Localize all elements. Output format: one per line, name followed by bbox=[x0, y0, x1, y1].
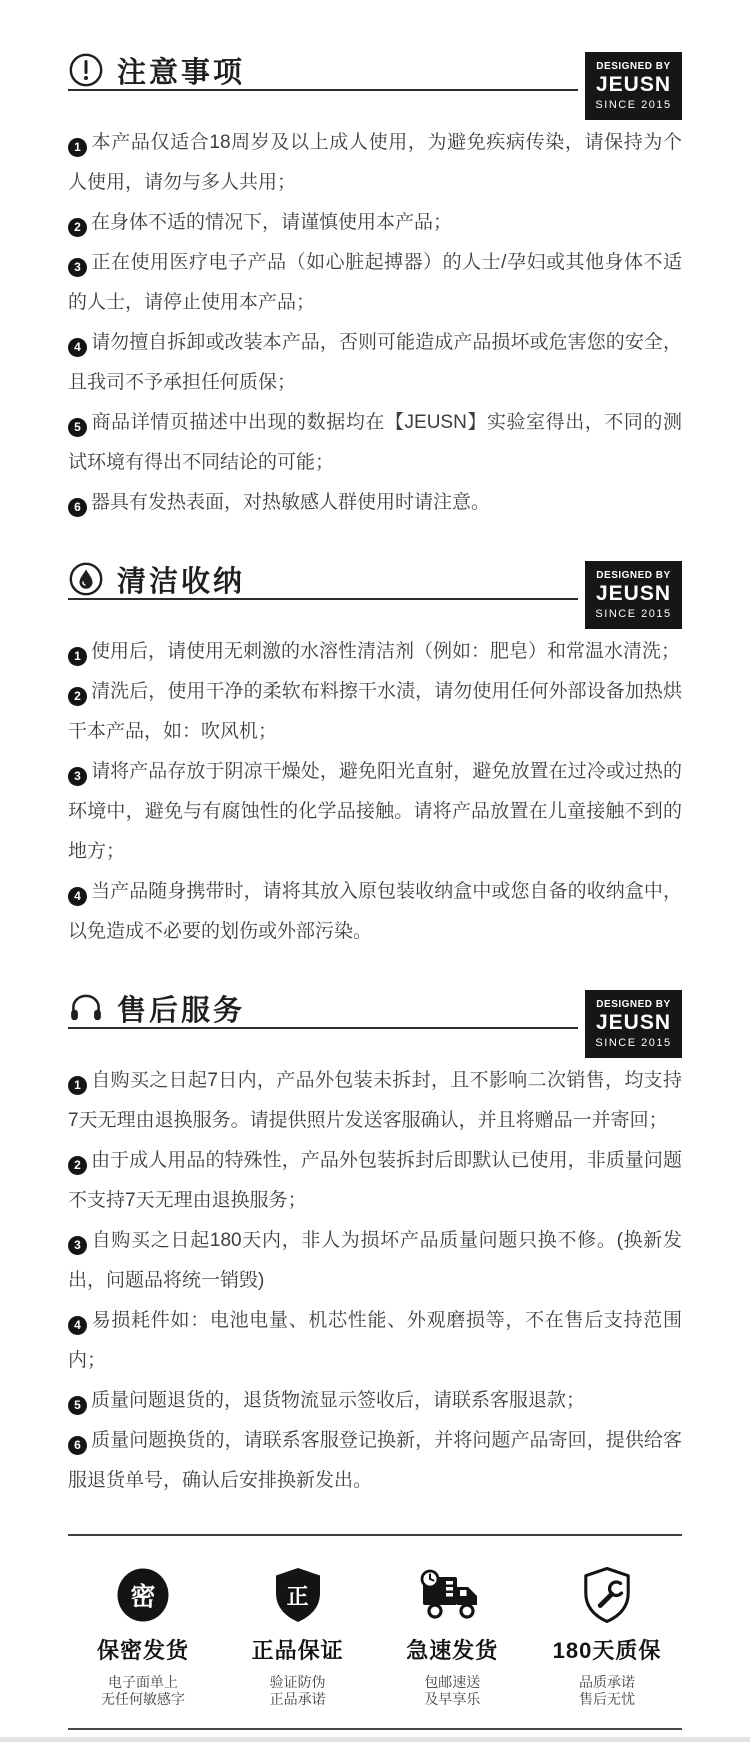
item-text: 质量问题换货的，请联系客服登记换新，并将问题产品寄回，提供给客服退货单号，确认后… bbox=[68, 1430, 682, 1491]
next-section-edge bbox=[0, 1737, 750, 1742]
item-text: 质量问题退货的，退货物流显示签收后，请联系客服退款； bbox=[91, 1390, 585, 1411]
list-item: 3请将产品存放于阴凉干燥处，避免阳光直射，避免放置在过冷或过热的环境中，避免与有… bbox=[68, 752, 682, 872]
designed-by-badge: DESIGNED BY JEUSN SINCE 2015 bbox=[585, 561, 682, 629]
designed-by-badge: DESIGNED BY JEUSN SINCE 2015 bbox=[585, 52, 682, 120]
badge-line2: JEUSN bbox=[596, 1011, 671, 1035]
section-cleaning: 清洁收纳 DESIGNED BY JEUSN SINCE 2015 1使用后，请… bbox=[68, 559, 682, 952]
item-marker: 6 bbox=[68, 1436, 87, 1455]
list-item: 4易损耗件如：电池电量、机芯性能、外观磨损等，不在售后支持范围内； bbox=[68, 1301, 682, 1381]
list-item: 1使用后，请使用无刺激的水溶性清洁剂（例如：肥皂）和常温水清洗； bbox=[68, 632, 682, 672]
item-text: 使用后，请使用无刺激的水溶性清洁剂（例如：肥皂）和常温水清洗； bbox=[91, 641, 680, 662]
page-content: 注意事项 DESIGNED BY JEUSN SINCE 2015 1本产品仅适… bbox=[0, 0, 750, 1730]
divider bbox=[68, 1728, 682, 1730]
item-marker: 2 bbox=[68, 1156, 87, 1175]
list-item: 6器具有发热表面，对热敏感人群使用时请注意。 bbox=[68, 483, 682, 523]
item-text: 易损耗件如：电池电量、机芯性能、外观磨损等，不在售后支持范围内； bbox=[68, 1310, 682, 1371]
feature-subtext: 验证防伪 正品承诺 bbox=[270, 1674, 326, 1708]
item-marker: 2 bbox=[68, 687, 87, 706]
feature-title: 保密发货 bbox=[97, 1634, 189, 1665]
item-text: 当产品随身携带时，请将其放入原包装收纳盒中或您自备的收纳盒中，以免造成不必要的划… bbox=[68, 881, 682, 942]
feature-subline: 验证防伪 bbox=[270, 1674, 326, 1691]
list-item: 2由于成人用品的特殊性，产品外包装拆封后即默认已使用，非质量问题不支持7天无理由… bbox=[68, 1141, 682, 1221]
list-item: 4请勿擅自拆卸或改装本产品，否则可能造成产品损坏或危害您的安全，且我司不予承担任… bbox=[68, 323, 682, 403]
section-after-sales-list: 1自购买之日起7日内，产品外包装未拆封，且不影响二次销售，均支持7天无理由退换服… bbox=[68, 1061, 682, 1501]
item-marker: 4 bbox=[68, 887, 87, 906]
section-notice-header: 注意事项 DESIGNED BY JEUSN SINCE 2015 bbox=[68, 50, 682, 120]
feature-icon-glyph: 密 bbox=[108, 1568, 178, 1622]
item-marker: 1 bbox=[68, 1076, 87, 1095]
item-marker: 1 bbox=[68, 647, 87, 666]
water-drop-icon bbox=[68, 561, 104, 597]
item-text: 自购买之日起7日内，产品外包装未拆封，且不影响二次销售，均支持7天无理由退换服务… bbox=[68, 1070, 682, 1131]
feature-subline: 包邮速送 bbox=[424, 1674, 480, 1691]
feature-row: 密 保密发货 电子面单上 无任何敏感字 正 正品保证 验证防伪 正品承诺 bbox=[68, 1568, 682, 1708]
item-marker: 6 bbox=[68, 498, 87, 517]
list-item: 2清洗后，使用干净的柔软布料擦干水渍，请勿使用任何外部设备加热烘干本产品，如：吹… bbox=[68, 672, 682, 752]
list-item: 3正在使用医疗电子产品（如心脏起搏器）的人士/孕妇或其他身体不适的人士，请停止使… bbox=[68, 243, 682, 323]
item-marker: 5 bbox=[68, 1396, 87, 1415]
item-text: 请勿擅自拆卸或改装本产品，否则可能造成产品损坏或危害您的安全，且我司不予承担任何… bbox=[68, 332, 682, 393]
section-after-sales: 售后服务 DESIGNED BY JEUSN SINCE 2015 1自购买之日… bbox=[68, 988, 682, 1501]
feature-authenticity: 正 正品保证 验证防伪 正品承诺 bbox=[223, 1568, 373, 1708]
feature-subline: 品质承诺 bbox=[579, 1674, 635, 1691]
item-text: 自购买之日起180天内，非人为损坏产品质量问题只换不修。(换新发出，问题品将统一… bbox=[68, 1230, 682, 1291]
feature-subline: 无任何敏感字 bbox=[101, 1691, 185, 1708]
feature-warranty: 180天质保 品质承诺 售后无忧 bbox=[532, 1568, 682, 1708]
divider bbox=[68, 1534, 682, 1536]
designed-by-badge: DESIGNED BY JEUSN SINCE 2015 bbox=[585, 990, 682, 1058]
exclamation-circle-icon bbox=[68, 52, 104, 88]
section-notice: 注意事项 DESIGNED BY JEUSN SINCE 2015 1本产品仅适… bbox=[68, 50, 682, 523]
feature-icon-glyph: 正 bbox=[263, 1568, 333, 1628]
item-text: 商品详情页描述中出现的数据均在【JEUSN】实验室得出，不同的测试环境有得出不同… bbox=[68, 412, 682, 473]
item-text: 本产品仅适合18周岁及以上成人使用，为避免疾病传染，请保持为个人使用，请勿与多人… bbox=[68, 132, 682, 193]
section-notice-list: 1本产品仅适合18周岁及以上成人使用，为避免疾病传染，请保持为个人使用，请勿与多… bbox=[68, 123, 682, 523]
feature-title: 急速发货 bbox=[406, 1634, 498, 1665]
header-rule bbox=[68, 598, 578, 600]
item-marker: 3 bbox=[68, 767, 87, 786]
feature-express-shipping: 急速发货 包邮速送 及早享乐 bbox=[377, 1568, 527, 1708]
feature-subtext: 电子面单上 无任何敏感字 bbox=[101, 1674, 185, 1708]
section-title: 清洁收纳 bbox=[117, 559, 245, 600]
list-item: 3自购买之日起180天内，非人为损坏产品质量问题只换不修。(换新发出，问题品将统… bbox=[68, 1221, 682, 1301]
badge-line3: SINCE 2015 bbox=[595, 608, 671, 621]
section-title: 注意事项 bbox=[117, 50, 245, 91]
item-marker: 5 bbox=[68, 418, 87, 437]
item-marker: 1 bbox=[68, 138, 87, 157]
item-text: 由于成人用品的特殊性，产品外包装拆封后即默认已使用，非质量问题不支持7天无理由退… bbox=[68, 1150, 682, 1211]
badge-line1: DESIGNED BY bbox=[596, 570, 670, 582]
item-marker: 2 bbox=[68, 218, 87, 237]
item-text: 请将产品存放于阴凉干燥处，避免阳光直射，避免放置在过冷或过热的环境中，避免与有腐… bbox=[68, 761, 682, 862]
badge-line2: JEUSN bbox=[596, 73, 671, 97]
list-item: 5商品详情页描述中出现的数据均在【JEUSN】实验室得出，不同的测试环境有得出不… bbox=[68, 403, 682, 483]
list-item: 6质量问题换货的，请联系客服登记换新，并将问题产品寄回，提供给客服退货单号，确认… bbox=[68, 1421, 682, 1501]
item-marker: 3 bbox=[68, 1236, 87, 1255]
authenticity-shield-icon: 正 bbox=[263, 1568, 333, 1622]
item-marker: 3 bbox=[68, 258, 87, 277]
list-item: 1本产品仅适合18周岁及以上成人使用，为避免疾病传染，请保持为个人使用，请勿与多… bbox=[68, 123, 682, 203]
list-item: 5质量问题退货的，退货物流显示签收后，请联系客服退款； bbox=[68, 1381, 682, 1421]
section-after-sales-header: 售后服务 DESIGNED BY JEUSN SINCE 2015 bbox=[68, 988, 682, 1058]
feature-title: 正品保证 bbox=[252, 1634, 344, 1665]
express-truck-icon bbox=[417, 1568, 487, 1622]
feature-subline: 正品承诺 bbox=[270, 1691, 326, 1708]
badge-line2: JEUSN bbox=[596, 582, 671, 606]
item-marker: 4 bbox=[68, 1316, 87, 1335]
badge-line1: DESIGNED BY bbox=[596, 999, 670, 1011]
list-item: 4当产品随身携带时，请将其放入原包装收纳盒中或您自备的收纳盒中，以免造成不必要的… bbox=[68, 872, 682, 952]
warranty-shield-icon bbox=[572, 1568, 642, 1622]
section-cleaning-header: 清洁收纳 DESIGNED BY JEUSN SINCE 2015 bbox=[68, 559, 682, 629]
item-text: 正在使用医疗电子产品（如心脏起搏器）的人士/孕妇或其他身体不适的人士，请停止使用… bbox=[68, 252, 682, 313]
badge-line1: DESIGNED BY bbox=[596, 61, 670, 73]
item-text: 器具有发热表面，对热敏感人群使用时请注意。 bbox=[91, 492, 490, 513]
feature-subtext: 包邮速送 及早享乐 bbox=[424, 1674, 480, 1708]
feature-subline: 及早享乐 bbox=[424, 1691, 480, 1708]
feature-confidential-shipping: 密 保密发货 电子面单上 无任何敏感字 bbox=[68, 1568, 218, 1708]
list-item: 1自购买之日起7日内，产品外包装未拆封，且不影响二次销售，均支持7天无理由退换服… bbox=[68, 1061, 682, 1141]
item-text: 清洗后，使用干净的柔软布料擦干水渍，请勿使用任何外部设备加热烘干本产品，如：吹风… bbox=[68, 681, 682, 742]
badge-line3: SINCE 2015 bbox=[595, 99, 671, 112]
section-title: 售后服务 bbox=[117, 988, 245, 1029]
feature-title: 180天质保 bbox=[553, 1634, 662, 1665]
header-rule bbox=[68, 1027, 578, 1029]
item-text: 在身体不适的情况下，请谨慎使用本产品； bbox=[91, 212, 452, 233]
list-item: 2在身体不适的情况下，请谨慎使用本产品； bbox=[68, 203, 682, 243]
feature-subtext: 品质承诺 售后无忧 bbox=[579, 1674, 635, 1708]
confidential-shipping-icon: 密 bbox=[108, 1568, 178, 1622]
feature-subline: 售后无忧 bbox=[579, 1691, 635, 1708]
item-marker: 4 bbox=[68, 338, 87, 357]
badge-line3: SINCE 2015 bbox=[595, 1037, 671, 1050]
section-cleaning-list: 1使用后，请使用无刺激的水溶性清洁剂（例如：肥皂）和常温水清洗； 2清洗后，使用… bbox=[68, 632, 682, 952]
header-rule bbox=[68, 89, 578, 91]
feature-subline: 电子面单上 bbox=[101, 1674, 185, 1691]
headset-icon bbox=[68, 990, 104, 1026]
